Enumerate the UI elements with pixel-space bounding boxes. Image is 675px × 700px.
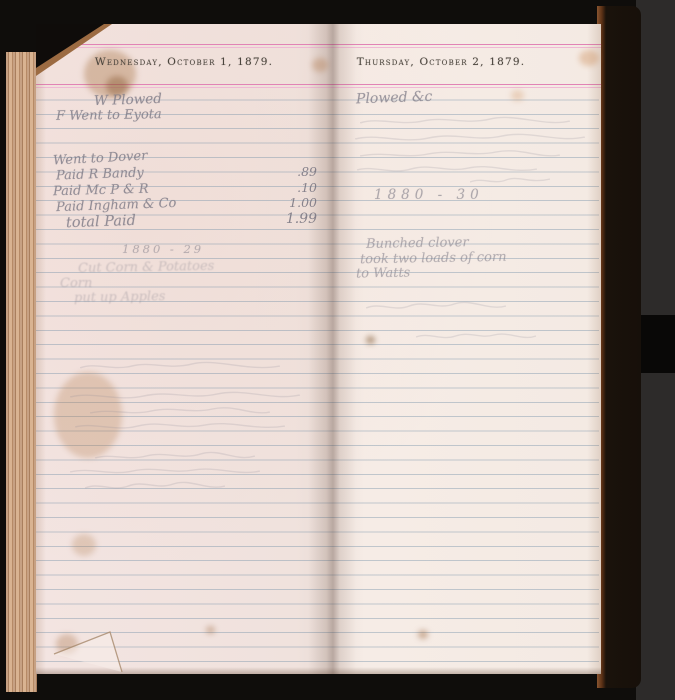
diary-entry: Bunched clover: [366, 235, 469, 252]
faint-writing-trace: [360, 148, 560, 160]
page-edges-left: [6, 52, 37, 692]
faint-writing-trace: [470, 174, 550, 186]
right-page: Thursday, October 2, 1879. Plowed &c 188…: [36, 24, 601, 674]
diary-entry: 1880 - 30: [374, 187, 484, 203]
open-page-spread: Wednesday, October 1, 1879. W Plowed F W…: [36, 24, 601, 674]
diary-entry: to Watts: [356, 266, 411, 282]
book-cover-right: [597, 6, 641, 688]
faint-writing-trace: [360, 115, 570, 127]
diary-entry: Plowed &c: [356, 89, 433, 108]
faint-writing-trace: [416, 330, 536, 342]
right-page-date-header: Thursday, October 2, 1879.: [326, 56, 556, 68]
diary-entry: took two loads of corn: [360, 250, 507, 268]
diary-photo: Wednesday, October 1, 1879. W Plowed F W…: [0, 0, 675, 700]
faint-writing-trace: [366, 300, 506, 312]
faint-writing-trace: [355, 132, 585, 144]
